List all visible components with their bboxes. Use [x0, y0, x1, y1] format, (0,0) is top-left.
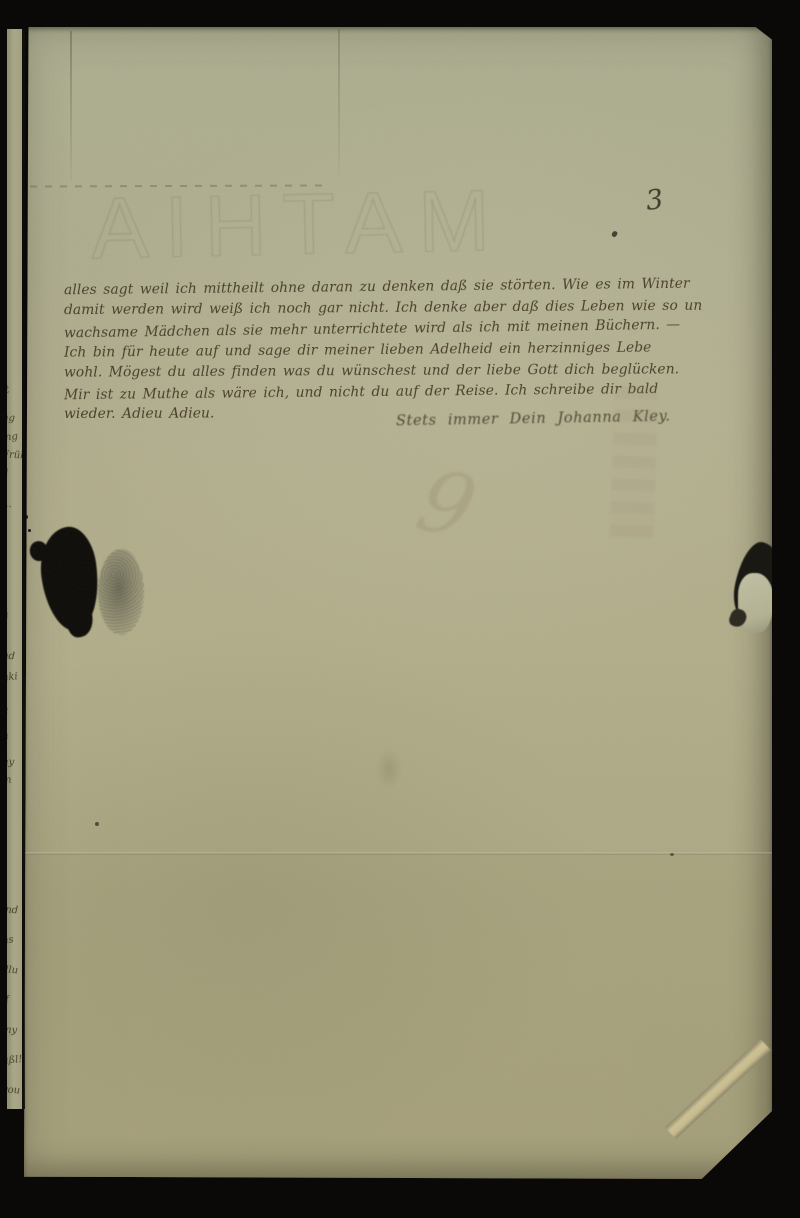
- margin-fragment: nki: [7, 671, 18, 683]
- ink-speck: [611, 230, 618, 238]
- margin-fragment: ind: [7, 905, 18, 917]
- handwritten-letter-body: alles sagt weil ich mittheilt ohne daran…: [64, 277, 694, 424]
- margin-fragment: ny: [7, 757, 14, 769]
- margin-fragment: üßl!: [7, 1054, 22, 1067]
- margin-fragment: ns: [7, 935, 14, 947]
- margin-fragment: d: [7, 468, 9, 480]
- ink-speck: [28, 529, 31, 532]
- margin-fragment: n: [7, 731, 9, 743]
- ink-smudge-left: [98, 549, 144, 635]
- ink-speck: [95, 822, 99, 826]
- margin-fragment: u: [7, 610, 9, 622]
- adjacent-page-sliver: itngmgFrühd···undnkihnnymindnsilluifmyüß…: [7, 29, 22, 1109]
- paper-sheet: MATHIA 3 alles sagt weil ich mittheilt o…: [24, 27, 772, 1179]
- stamp-bleedthrough: [609, 386, 658, 539]
- vertical-crease-left: [70, 31, 72, 181]
- vertical-crease-center: [338, 29, 340, 175]
- ink-speck: [670, 853, 674, 856]
- margin-fragment: if: [7, 995, 9, 1007]
- margin-fragment: mg: [7, 431, 18, 443]
- faint-smudge: [376, 749, 402, 789]
- folded-corner-bottom-right: [665, 1039, 771, 1139]
- binding-gap-shadow: [22, 29, 25, 1109]
- margin-fragment: my: [7, 1025, 17, 1037]
- margin-fragment: illu: [7, 965, 18, 977]
- margin-fragment: Früh: [7, 449, 22, 461]
- margin-fragment: m: [7, 775, 12, 787]
- page-number: 3: [644, 184, 665, 217]
- horizontal-fold-line: [24, 852, 772, 855]
- margin-fragment: it: [7, 385, 10, 397]
- ink-blot-left: [35, 524, 105, 635]
- faint-bleedthrough-numeral: 9: [407, 452, 487, 556]
- margin-fragment: ng: [7, 413, 15, 425]
- margin-fragment: ···: [7, 502, 12, 513]
- scanned-letter-page: MATHIA 3 alles sagt weil ich mittheilt o…: [0, 0, 800, 1218]
- margin-fragment: you: [7, 1085, 20, 1097]
- lower-half-shading: [24, 855, 772, 1179]
- margin-fragment: h: [7, 705, 9, 716]
- margin-fragment: nd: [7, 651, 15, 663]
